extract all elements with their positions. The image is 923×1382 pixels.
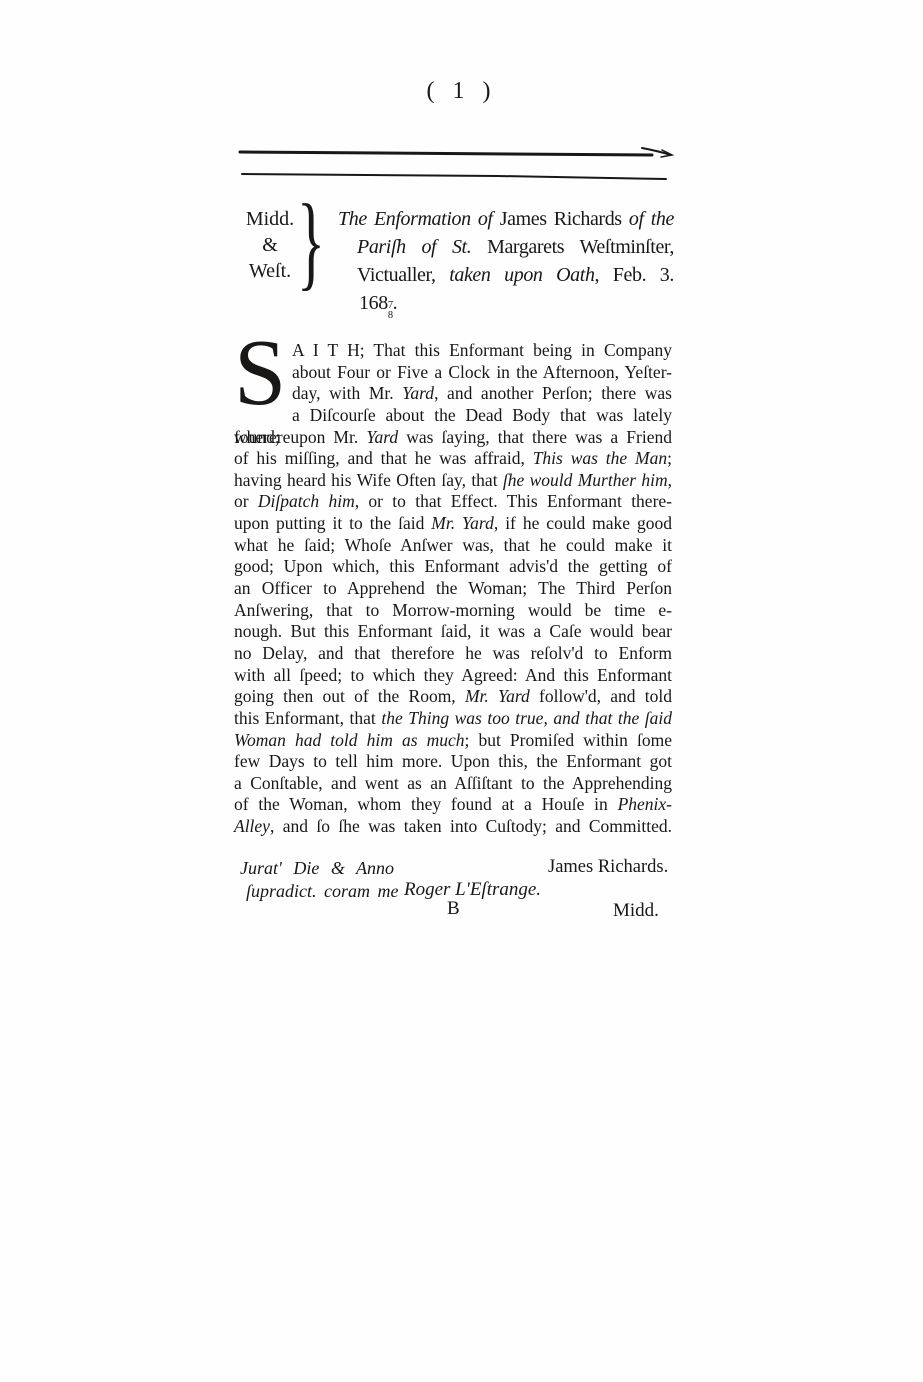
text-segment: an Officer to Apprehend the Woman; The T… xyxy=(234,578,672,598)
text-segment: upon putting it to the ſaid xyxy=(234,513,431,533)
text-segment: , xyxy=(668,470,672,490)
text-segment: ; but Promiſed within ſome xyxy=(465,730,672,750)
body-line: wherereupon Mr. Yard was ſaying, that th… xyxy=(234,427,672,449)
text-segment: wherereupon Mr. xyxy=(234,427,366,447)
text-segment: 168 xyxy=(359,292,388,314)
italic-segment: Mr. Yard xyxy=(431,513,494,533)
deponent-signature: James Richards. xyxy=(548,857,668,878)
body-text: A I T H; That this Enformant being in Co… xyxy=(234,340,672,838)
text-segment: day, with Mr. xyxy=(292,383,402,403)
jurisdiction-margin-note: Midd. & Weſt. xyxy=(238,206,302,284)
body-line: with all ſpeed; to which they Agreed: An… xyxy=(234,665,672,687)
italic-segment: Yard xyxy=(366,427,398,447)
body-line: a Diſcourſe about the Dead Body that was… xyxy=(234,405,672,427)
text-segment: or xyxy=(234,491,258,511)
text-segment: , or to that Effect. This Enformant ther… xyxy=(355,491,672,511)
signature-mark: B xyxy=(447,898,460,920)
jurat-text-line2: ſupradict. coram me xyxy=(246,881,398,902)
heading-line: 16878. xyxy=(338,289,674,321)
text-segment: few Days to tell him more. Upon this, th… xyxy=(234,751,672,771)
deposition-body: S A I T H; That this Enformant being in … xyxy=(234,340,672,838)
text-segment: ; xyxy=(667,448,672,468)
margin-brace: } xyxy=(297,199,325,285)
jurisdiction-line: Midd. xyxy=(238,206,302,232)
italic-segment: the Thing was too true, and that the ſai… xyxy=(381,708,672,728)
body-line: upon putting it to the ſaid Mr. Yard, if… xyxy=(234,513,672,535)
italic-segment: Yard xyxy=(402,383,434,403)
text-segment: good; Upon which, this Enformant advis'd… xyxy=(234,556,672,576)
catchword: Midd. xyxy=(613,900,659,922)
italic-segment: of the xyxy=(629,208,674,230)
italic-segment: Phenix- xyxy=(618,794,672,814)
body-line: a Conſtable, and went as an Aſſiſtant to… xyxy=(234,773,672,795)
body-line: day, with Mr. Yard, and another Perſon; … xyxy=(234,383,672,405)
text-segment: Margarets Weſtminſter, xyxy=(487,236,674,258)
text-segment: follow'd, and told xyxy=(530,686,672,706)
heading-line: Pariſh of St. Margarets Weſtminſter, xyxy=(338,233,674,261)
body-line: Woman had told him as much; but Promiſed… xyxy=(234,730,672,752)
text-segment: . xyxy=(393,292,398,314)
text-segment: of his miſſing, and that he was affraid, xyxy=(234,448,533,468)
body-line: Anſwering, that to Morrow-morning would … xyxy=(234,600,672,622)
body-line: of the Woman, whom they found at a Houſe… xyxy=(234,794,672,816)
text-segment: no Delay, and that therefore he was reſo… xyxy=(234,643,672,663)
italic-segment: The Enformation of xyxy=(338,208,500,230)
body-line: an Officer to Apprehend the Woman; The T… xyxy=(234,578,672,600)
body-line: about Four or Five a Clock in the Aftern… xyxy=(234,362,672,384)
italic-segment: Woman had told him as much xyxy=(234,730,465,750)
italic-segment: This was the Man xyxy=(533,448,667,468)
deposition-heading: The Enformation of James Richards of the… xyxy=(338,205,674,321)
text-segment: , and ſo ſhe was taken into Cuſtody; and… xyxy=(270,816,672,836)
text-segment: this Enformant, that xyxy=(234,708,381,728)
body-line: good; Upon which, this Enformant advis'd… xyxy=(234,556,672,578)
justice-signature: Roger L'Eſtrange. xyxy=(404,879,541,901)
text-segment: , Feb. 3. xyxy=(595,264,674,286)
document-page: ( 1 ) Midd. & Weſt. } The Enformation of… xyxy=(0,0,923,1382)
double-rule xyxy=(238,142,674,184)
body-line: going then out of the Room, Mr. Yard fol… xyxy=(234,686,672,708)
italic-segment: Mr. Yard xyxy=(465,686,530,706)
body-line: what he ſaid; Whoſe Anſwer was, that he … xyxy=(234,535,672,557)
text-segment: A I T H; That this Enformant being in Co… xyxy=(292,340,672,360)
text-segment: of the Woman, whom they found at a Houſe… xyxy=(234,794,618,814)
body-line: this Enformant, that the Thing was too t… xyxy=(234,708,672,730)
text-segment: , and another Perſon; there was xyxy=(434,383,672,403)
italic-segment: Alley xyxy=(234,816,270,836)
page-number: ( 1 ) xyxy=(0,78,923,105)
body-line: or Diſpatch him, or to that Effect. This… xyxy=(234,491,672,513)
jurisdiction-line: Weſt. xyxy=(238,258,302,284)
italic-segment: Diſpatch him xyxy=(258,491,355,511)
text-segment: , if he could make good xyxy=(494,513,672,533)
text-segment: what he ſaid; Whoſe Anſwer was, that he … xyxy=(234,535,672,555)
text-segment: about Four or Five a Clock in the Aftern… xyxy=(292,362,672,382)
body-line: few Days to tell him more. Upon this, th… xyxy=(234,751,672,773)
text-segment: James Richards xyxy=(500,208,629,230)
body-line: no Delay, and that therefore he was reſo… xyxy=(234,643,672,665)
text-segment: Victualler, xyxy=(357,264,449,286)
italic-segment: ſhe would Murther him xyxy=(503,470,668,490)
heading-line: The Enformation of James Richards of the xyxy=(338,205,674,233)
italic-segment: Pariſh of St. xyxy=(357,236,487,258)
body-line: A I T H; That this Enformant being in Co… xyxy=(234,340,672,362)
heading-line: Victualler, taken upon Oath, Feb. 3. xyxy=(338,261,674,289)
jurisdiction-line: & xyxy=(238,232,302,258)
text-segment: nough. But this Enformant ſaid, it was a… xyxy=(234,621,672,641)
text-segment: going then out of the Room, xyxy=(234,686,465,706)
body-line: nough. But this Enformant ſaid, it was a… xyxy=(234,621,672,643)
body-line: having heard his Wife Often ſay, that ſh… xyxy=(234,470,672,492)
text-segment: with all ſpeed; to which they Agreed: An… xyxy=(234,665,672,685)
jurat-text-line1: Jurat' Die & Anno xyxy=(240,858,394,879)
text-segment: a Conſtable, and went as an Aſſiſtant to… xyxy=(234,773,672,793)
italic-segment: taken upon Oath xyxy=(449,264,594,286)
body-line: of his miſſing, and that he was affraid,… xyxy=(234,448,672,470)
drop-cap: S xyxy=(234,340,292,405)
text-segment: Anſwering, that to Morrow-morning would … xyxy=(234,600,672,620)
text-segment: was ſaying, that there was a Friend xyxy=(398,427,672,447)
text-segment: having heard his Wife Often ſay, that xyxy=(234,470,503,490)
body-line: Alley, and ſo ſhe was taken into Cuſtody… xyxy=(234,816,672,838)
